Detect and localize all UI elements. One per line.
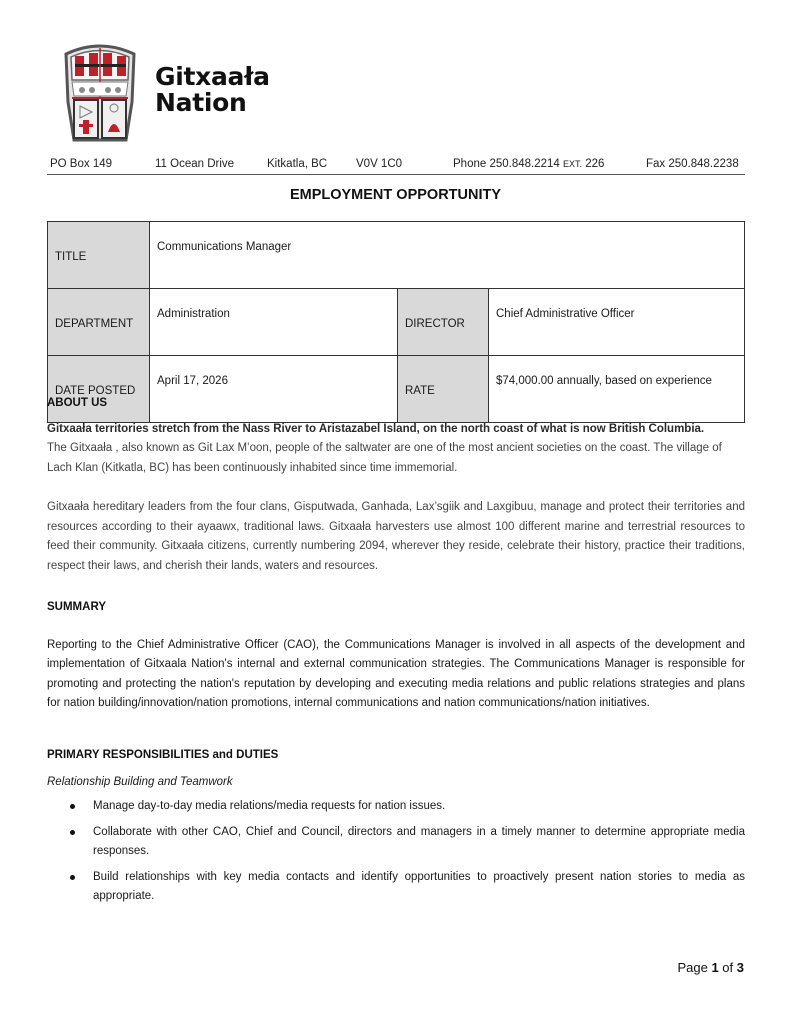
fax: Fax 250.848.2238 bbox=[646, 158, 739, 170]
of-word: of bbox=[722, 960, 733, 975]
table-row: TITLE Communications Manager bbox=[48, 222, 745, 289]
department-label: DEPARTMENT bbox=[48, 289, 150, 356]
title-value: Communications Manager bbox=[150, 222, 745, 289]
org-name-line2: Nation bbox=[155, 90, 270, 116]
responsibilities-heading: PRIMARY RESPONSIBILITIES and DUTIES bbox=[47, 746, 745, 766]
summary-section: SUMMARY Reporting to the Chief Administr… bbox=[47, 598, 745, 714]
responsibilities-subheading: Relationship Building and Teamwork bbox=[47, 773, 745, 793]
city: Kitkatla, BC bbox=[267, 158, 327, 170]
bullet-icon bbox=[70, 830, 75, 835]
list-item-text: Build relationships with key media conta… bbox=[93, 871, 745, 903]
ext-value: 226 bbox=[585, 158, 604, 170]
organization-name: Gitxaała Nation bbox=[155, 64, 270, 116]
ext-label: EXT. bbox=[563, 159, 582, 169]
responsibilities-list: Manage day-to-day media relations/media … bbox=[47, 797, 745, 907]
list-item-text: Manage day-to-day media relations/media … bbox=[93, 800, 445, 812]
about-paragraph-2: Gitxaała hereditary leaders from the fou… bbox=[47, 498, 745, 576]
summary-body: Reporting to the Chief Administrative Of… bbox=[47, 636, 745, 714]
list-item: Collaborate with other CAO, Chief and Co… bbox=[47, 823, 745, 862]
about-lead: Gitxaała territories stretch from the Na… bbox=[47, 420, 745, 440]
po-box: PO Box 149 bbox=[50, 158, 112, 170]
list-item-text: Collaborate with other CAO, Chief and Co… bbox=[93, 826, 745, 858]
department-value: Administration bbox=[150, 289, 398, 356]
list-item: Build relationships with key media conta… bbox=[47, 868, 745, 907]
bullet-icon bbox=[70, 804, 75, 809]
about-section: ABOUT US Gitxaała territories stretch fr… bbox=[47, 394, 745, 576]
total-pages: 3 bbox=[737, 960, 744, 975]
org-name-line1: Gitxaała bbox=[155, 64, 270, 90]
summary-heading: SUMMARY bbox=[47, 598, 745, 618]
table-row: DEPARTMENT Administration DIRECTOR Chief… bbox=[48, 289, 745, 356]
gitxaala-crest-logo bbox=[62, 40, 138, 142]
list-item: Manage day-to-day media relations/media … bbox=[47, 797, 745, 817]
current-page: 1 bbox=[711, 960, 718, 975]
job-info-table: TITLE Communications Manager DEPARTMENT … bbox=[47, 221, 745, 423]
contact-bar: PO Box 149 11 Ocean Drive Kitkatla, BC V… bbox=[47, 156, 745, 175]
phone-number: Phone 250.848.2214 bbox=[453, 158, 560, 170]
postal-code: V0V 1C0 bbox=[356, 158, 402, 170]
page-word: Page bbox=[677, 960, 707, 975]
director-value: Chief Administrative Officer bbox=[489, 289, 745, 356]
about-paragraph-1: The Gitxaała , also known as Git Lax M’o… bbox=[47, 439, 745, 478]
street-address: 11 Ocean Drive bbox=[155, 158, 234, 170]
director-label: DIRECTOR bbox=[398, 289, 489, 356]
about-heading: ABOUT US bbox=[47, 394, 745, 414]
responsibilities-section: PRIMARY RESPONSIBILITIES and DUTIES Rela… bbox=[47, 746, 745, 913]
phone: Phone 250.848.2214 EXT. 226 bbox=[453, 158, 604, 170]
page-title: EMPLOYMENT OPPORTUNITY bbox=[0, 187, 791, 203]
page-number: Page 1 of 3 bbox=[677, 960, 744, 975]
bullet-icon bbox=[70, 875, 75, 880]
title-label: TITLE bbox=[48, 222, 150, 289]
